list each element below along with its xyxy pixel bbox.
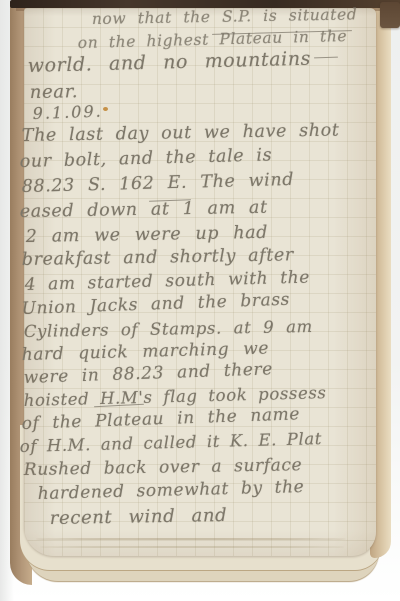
handwriting-line: eased down at 1 am at [20,200,268,222]
handwriting-line: near. [30,83,79,102]
handwriting-line: Rushed back over a surface [24,457,303,479]
handwriting-line: 2 am we were up had [26,225,268,247]
page-bottom-edge-line [36,538,346,540]
foxing-spot [103,107,108,111]
handwriting-line: recent wind and [50,507,228,528]
diary-page-photo: now that the S.P. is situated on the hig… [0,0,400,601]
cover-corner-top-right [380,2,400,28]
handwriting-date: 9.1.09. [32,104,103,122]
page-bottom-edge-line [40,546,344,548]
